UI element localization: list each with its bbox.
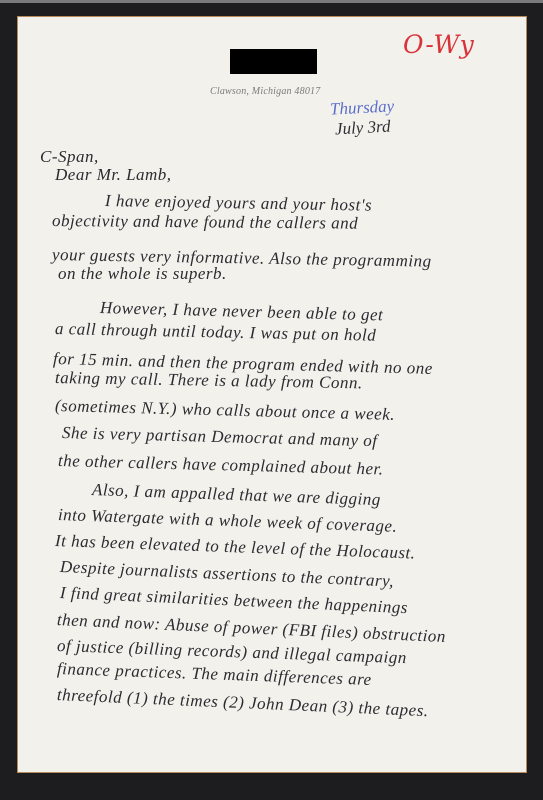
letter-date: July 3rd xyxy=(335,117,392,140)
letter-line: on the whole is superb. xyxy=(58,264,227,284)
frame-edge xyxy=(0,0,543,3)
salutation: Dear Mr. Lamb, xyxy=(55,165,172,185)
letterhead-address: Clawson, Michigan 48017 xyxy=(210,86,320,97)
file-mark-annotation: O-Wy xyxy=(403,30,475,59)
letter-line: objectivity and have found the callers a… xyxy=(52,211,358,234)
salutation-to: C-Span, xyxy=(40,147,99,167)
redacted-name-block xyxy=(230,49,317,74)
